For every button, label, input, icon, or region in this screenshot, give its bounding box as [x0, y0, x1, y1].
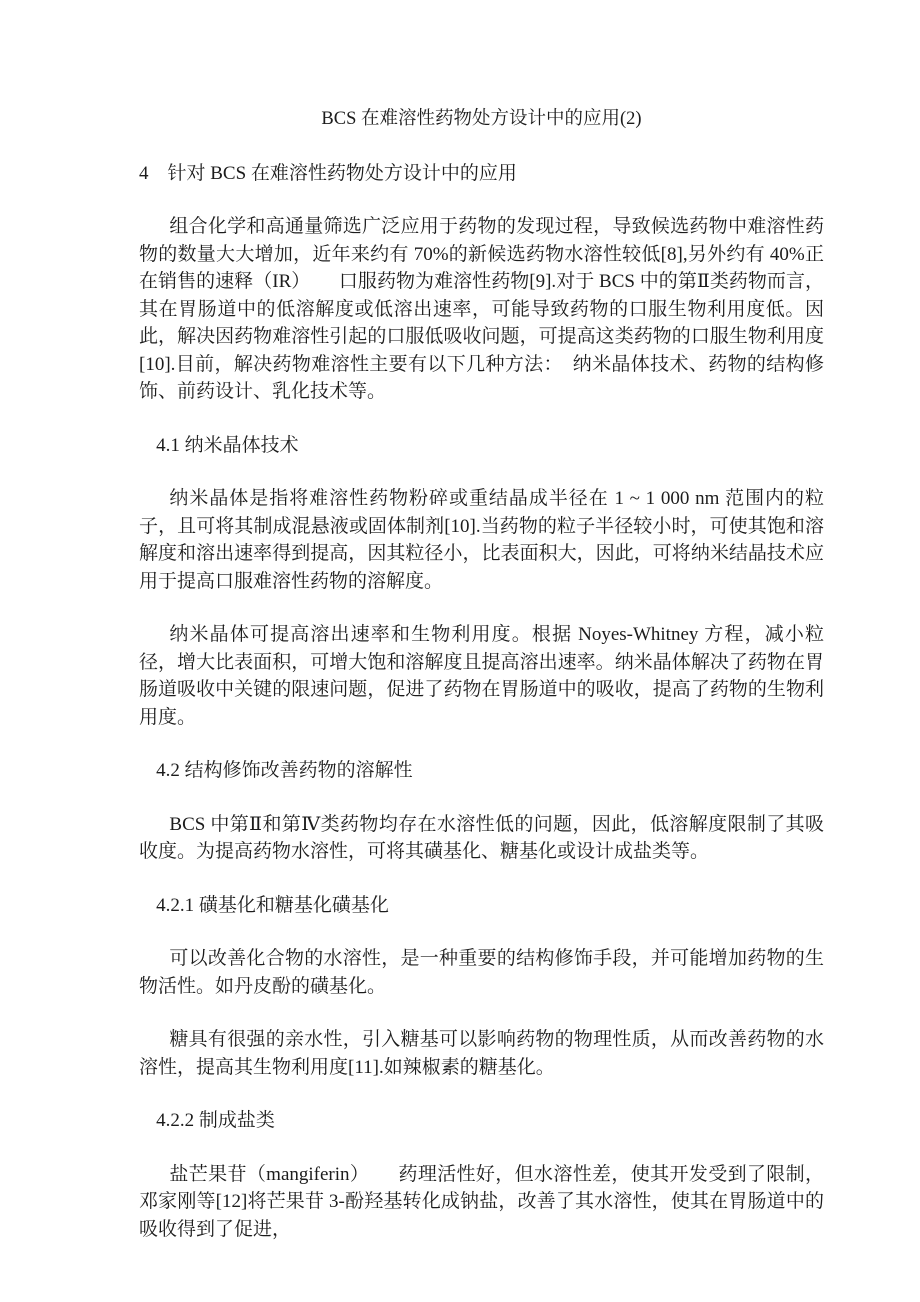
section-4-2-1-paragraph-2: 糖具有很强的亲水性，引入糖基可以影响药物的物理性质，从而改善药物的水溶性，提高其…	[139, 1026, 824, 1081]
doc-title: BCS 在难溶性药物处方设计中的应用(2)	[139, 106, 824, 134]
word-document-page: BCS 在难溶性药物处方设计中的应用(2) 4 针对 BCS 在难溶性药物处方设…	[0, 0, 920, 1302]
section-4-2-1-heading: 4.2.1 磺基化和糖基化磺基化	[139, 892, 824, 920]
section-4-2-2-paragraph-1: 盐芒果苷（mangiferin） 药理活性好，但水溶性差，使其开发受到了限制，邓…	[139, 1161, 824, 1244]
section-4-intro-paragraph: 组合化学和高通量筛选广泛应用于药物的发现过程，导致候选药物中难溶性药物的数量大大…	[139, 213, 824, 406]
section-4-2-1-paragraph-1: 可以改善化合物的水溶性，是一种重要的结构修饰手段，并可能增加药物的生物活性。如丹…	[139, 945, 824, 1000]
section-4-2-2-heading: 4.2.2 制成盐类	[139, 1107, 824, 1135]
section-4-1-heading: 4.1 纳米晶体技术	[139, 432, 824, 460]
section-4-1-paragraph-1: 纳米晶体是指将难溶性药物粉碎或重结晶成半径在 1 ~ 1 000 nm 范围内的…	[139, 485, 824, 595]
section-4-2-paragraph-1: BCS 中第Ⅱ和第Ⅳ类药物均存在水溶性低的问题，因此，低溶解度限制了其吸收度。为…	[139, 811, 824, 866]
section-4-1-paragraph-2: 纳米晶体可提高溶出速率和生物利用度。根据 Noyes-Whitney 方程，减小…	[139, 621, 824, 731]
section-4-2-heading: 4.2 结构修饰改善药物的溶解性	[139, 757, 824, 785]
section-4-heading: 4 针对 BCS 在难溶性药物处方设计中的应用	[139, 160, 824, 188]
